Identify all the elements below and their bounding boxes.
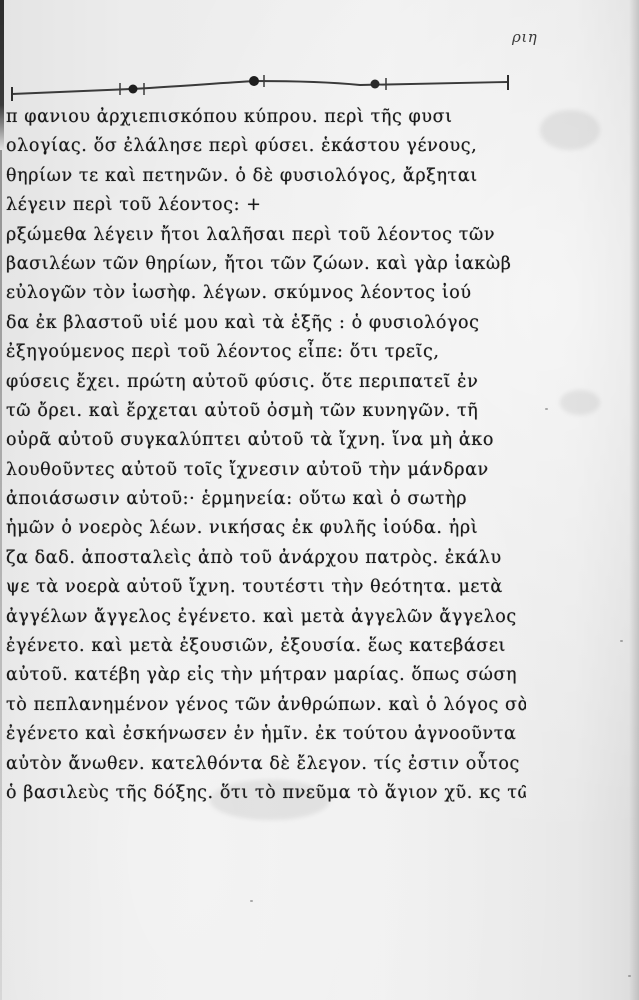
ink-speck <box>620 640 623 642</box>
text-line: λουθοῦντες αὐτοῦ τοῖς ἴχνεσιν αὐτοῦ τὴν … <box>6 456 526 485</box>
text-line: ἐξηγούμενος περὶ τοῦ λέοντος εἶπε: ὅτι τ… <box>6 338 526 367</box>
manuscript-page: ριη π φανιου ἀρχιεπισκόπου κύπρου. περὶ … <box>0 0 639 1000</box>
page-edge <box>629 0 639 1000</box>
text-line: αὐτοῦ. κατέβη γὰρ εἰς τὴν μήτραν μαρίας.… <box>6 661 526 690</box>
text-line: ἡμῶν ὁ νοερὸς λέων. νικήσας ἐκ φυλῆς ἰού… <box>6 514 526 543</box>
text-line: τῶ ὄρει. καὶ ἔρχεται αὐτοῦ ὀσμὴ τῶν κυνη… <box>6 397 526 426</box>
manuscript-text: π φανιου ἀρχιεπισκόπου κύπρου. περὶ τῆς … <box>6 103 526 808</box>
ink-speck <box>628 975 631 977</box>
ink-speck <box>545 408 548 410</box>
parchment-stain <box>540 110 600 150</box>
text-line: ὁ βασιλεὺς τῆς δόξης. ὅτι τὸ πνεῦμα τὸ ἅ… <box>6 779 526 808</box>
text-line: δα ἐκ βλαστοῦ υἱέ μου καὶ τὰ ἑξῆς : ὁ φυ… <box>6 309 526 338</box>
text-line: ζα δαδ. ἀποσταλεὶς ἀπὸ τοῦ ἀνάρχου πατρὸ… <box>6 544 526 573</box>
text-line: θηρίων τε καὶ πετηνῶν. ὁ δὲ φυσιολόγος, … <box>6 162 526 191</box>
text-line: ψε τὰ νοερὰ αὐτοῦ ἴχνη. τουτέστι τὴν θεό… <box>6 573 526 602</box>
text-line: ἀποιάσωσιν αὐτοῦ:· ἑρμηνεία: οὕτω καὶ ὁ … <box>6 485 526 514</box>
text-line: φύσεις ἔχει. πρώτη αὐτοῦ φύσις. ὅτε περι… <box>6 368 526 397</box>
text-line: ἐγένετο. καὶ μετὰ ἐξουσιῶν, ἐξουσία. ἕως… <box>6 632 526 661</box>
text-line: βασιλέων τῶν θηρίων, ἤτοι τῶν ζώων. καὶ … <box>6 250 526 279</box>
text-line: αὐτὸν ἄνωθεν. κατελθόντα δὲ ἔλεγον. τίς … <box>6 750 526 779</box>
text-line: οὐρᾶ αὐτοῦ συγκαλύπτει αὐτοῦ τὰ ἴχνη. ἵν… <box>6 426 526 455</box>
ink-speck <box>250 900 253 902</box>
text-line: π φανιου ἀρχιεπισκόπου κύπρου. περὶ τῆς … <box>6 103 526 132</box>
binding-edge <box>0 150 2 1000</box>
folio-number: ριη <box>512 28 537 46</box>
text-line: ἀγγέλων ἄγγελος ἐγένετο. καὶ μετὰ ἀγγελῶ… <box>6 603 526 632</box>
text-line: ολογίας. ὅσ ἐλάλησε περὶ φύσει. ἑκάστου … <box>6 132 526 161</box>
text-line: τὸ πεπλανημένον γένος τῶν ἀνθρώπων. καὶ … <box>6 691 526 720</box>
text-line: ρξώμεθα λέγειν ἤτοι λαλῆσαι περὶ τοῦ λέο… <box>6 221 526 250</box>
text-line: ἐγένετο καὶ ἐσκήνωσεν ἐν ἡμῖν. ἐκ τούτου… <box>6 720 526 749</box>
text-line: λέγειν περὶ τοῦ λέοντος: + <box>6 191 526 220</box>
parchment-stain <box>560 390 600 415</box>
text-line: εὐλογῶν τὸν ἰωσὴφ. λέγων. σκύμνος λέοντο… <box>6 279 526 308</box>
